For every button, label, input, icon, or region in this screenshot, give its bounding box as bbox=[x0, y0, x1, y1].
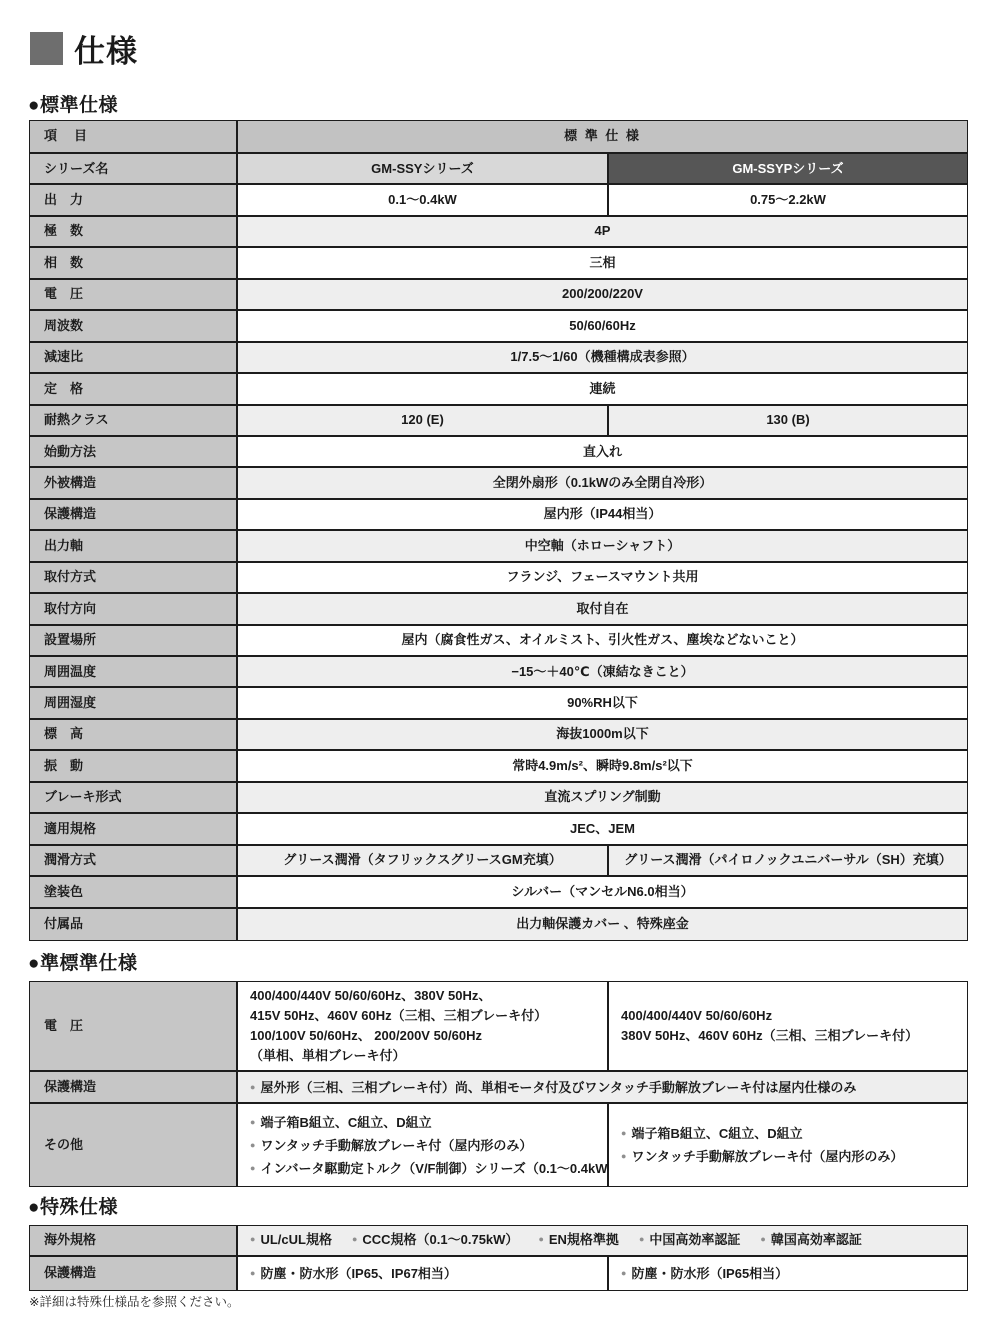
protection-right-cell: ●防塵・防水形（IP65相当） bbox=[609, 1257, 967, 1290]
header-value-label: 標 準 仕 様 bbox=[238, 121, 967, 152]
series-left: GM-SSYシリーズ bbox=[238, 154, 609, 183]
bullet-text: 韓国高効率認証 bbox=[771, 1232, 862, 1247]
bullet-icon: ● bbox=[621, 1145, 626, 1168]
row-label: 周波数 bbox=[30, 311, 238, 340]
row-value: 取付自在 bbox=[238, 594, 967, 623]
row-label: 電 圧 bbox=[30, 982, 238, 1070]
bullet-item: ●防塵・防水形（IP65相当） bbox=[621, 1263, 788, 1284]
row-label: 始動方法 bbox=[30, 437, 238, 466]
table-row: 周囲温度 −15〜＋40℃（凍結なきこと） bbox=[30, 657, 967, 688]
table-row: 始動方法 直入れ bbox=[30, 437, 967, 468]
row-label: 減速比 bbox=[30, 343, 238, 372]
row-label: 潤滑方式 bbox=[30, 846, 238, 875]
table-row: 標 高 海抜1000m以下 bbox=[30, 720, 967, 751]
bullet-icon: ● bbox=[352, 1234, 357, 1245]
row-value: 海抜1000m以下 bbox=[238, 720, 967, 749]
table-row: 極 数 4P bbox=[30, 217, 967, 248]
row-value: シルバー（マンセルN6.0相当） bbox=[238, 877, 967, 906]
row-label: 外被構造 bbox=[30, 468, 238, 497]
row-label: 極 数 bbox=[30, 217, 238, 246]
row-label: 塗装色 bbox=[30, 877, 238, 906]
table-row: 振 動 常時4.9m/s²、瞬時9.8m/s²以下 bbox=[30, 751, 967, 782]
bullet-icon: ● bbox=[621, 1122, 626, 1145]
voltage-line: 100/100V 50/60Hz、 200/200V 50/60Hz bbox=[250, 1026, 482, 1046]
bullet-icon: ● bbox=[621, 1263, 626, 1283]
row-label: 相 数 bbox=[30, 248, 238, 277]
bullet-icon: ● bbox=[250, 1263, 255, 1283]
row-value: 屋内形（IP44相当） bbox=[238, 500, 967, 529]
other-left-cell: ●端子箱B組立、C組立、D組立 ●ワンタッチ手動解放ブレーキ付（屋内形のみ） ●… bbox=[238, 1104, 609, 1186]
bullet-item: ●防塵・防水形（IP65、IP67相当） bbox=[250, 1263, 457, 1284]
page-title: 仕様 bbox=[74, 26, 138, 71]
heading-special-spec: ●特殊仕様 bbox=[28, 1192, 118, 1219]
bullet-item: ●ワンタッチ手動解放ブレーキ付（屋内形のみ） bbox=[621, 1145, 903, 1168]
bullet-text: 屋外形（三相、三相ブレーキ付）尚、単相モータ付及びワンタッチ手動解放ブレーキ付は… bbox=[260, 1080, 856, 1095]
voltage-left-cell: 400/400/440V 50/60/60Hz、380V 50Hz、 415V … bbox=[238, 982, 609, 1070]
bullet-text: 防塵・防水形（IP65相当） bbox=[631, 1266, 788, 1281]
table-row: 相 数 三相 bbox=[30, 248, 967, 279]
bullet-item: ●CCC規格（0.1〜0.75kW） bbox=[352, 1232, 518, 1248]
table-row: 外被構造 全閉外扇形（0.1kWのみ全閉自冷形） bbox=[30, 468, 967, 499]
bullet-item: ●屋外形（三相、三相ブレーキ付）尚、単相モータ付及びワンタッチ手動解放ブレーキ付… bbox=[250, 1077, 856, 1098]
table-row: 定 格 連続 bbox=[30, 374, 967, 405]
row-label: 海外規格 bbox=[30, 1226, 238, 1255]
protection-left-cell: ●防塵・防水形（IP65、IP67相当） bbox=[238, 1257, 609, 1290]
bullet-item: ●端子箱B組立、C組立、D組立 bbox=[250, 1111, 432, 1134]
row-label: 保護構造 bbox=[30, 1257, 238, 1290]
footnote: ※詳細は特殊仕様品を参照ください。 bbox=[29, 1292, 239, 1310]
bullet-text: ワンタッチ手動解放ブレーキ付（屋内形のみ） bbox=[260, 1138, 532, 1153]
row-label: 定 格 bbox=[30, 374, 238, 403]
standard-spec-table: 項 目 標 準 仕 様 シリーズ名 GM-SSYシリーズ GM-SSYPシリーズ… bbox=[29, 120, 968, 941]
table-row: 出 力 0.1〜0.4kW 0.75〜2.2kW bbox=[30, 185, 967, 216]
row-label: 取付方向 bbox=[30, 594, 238, 623]
row-label: 取付方式 bbox=[30, 563, 238, 592]
overseas-items: ●UL/cUL規格 ●CCC規格（0.1〜0.75kW） ●EN規格準拠 ●中国… bbox=[238, 1232, 967, 1248]
bullet-text: インバータ駆動定トルク（V/F制御）シリーズ（0.1〜0.4kW） bbox=[260, 1161, 620, 1176]
table-row: その他 ●端子箱B組立、C組立、D組立 ●ワンタッチ手動解放ブレーキ付（屋内形の… bbox=[30, 1104, 967, 1186]
row-value: 200/200/220V bbox=[238, 280, 967, 309]
bullet-item: ●EN規格準拠 bbox=[538, 1232, 619, 1248]
overseas-cell: ●UL/cUL規格 ●CCC規格（0.1〜0.75kW） ●EN規格準拠 ●中国… bbox=[238, 1226, 967, 1255]
table-row: 減速比 1/7.5〜1/60（機種構成表参照） bbox=[30, 343, 967, 374]
heading-semi-standard-spec: ●準標準仕様 bbox=[28, 948, 137, 975]
table-row: ブレーキ形式 直流スプリング制動 bbox=[30, 783, 967, 814]
table-row: 潤滑方式 グリース潤滑（タフリックスグリースGM充填） グリース潤滑（パイロノッ… bbox=[30, 846, 967, 877]
row-value: 4P bbox=[238, 217, 967, 246]
row-label: 付属品 bbox=[30, 909, 238, 940]
row-label: 出力軸 bbox=[30, 531, 238, 560]
table-row: シリーズ名 GM-SSYシリーズ GM-SSYPシリーズ bbox=[30, 154, 967, 185]
heading-standard-spec: ●標準仕様 bbox=[28, 90, 118, 117]
special-spec-table: 海外規格 ●UL/cUL規格 ●CCC規格（0.1〜0.75kW） ●EN規格準… bbox=[29, 1225, 968, 1291]
row-value: 1/7.5〜1/60（機種構成表参照） bbox=[238, 343, 967, 372]
bullet-text: 防塵・防水形（IP65、IP67相当） bbox=[260, 1266, 457, 1281]
row-value-right: 130 (B) bbox=[609, 406, 967, 435]
table-row: 保護構造 屋内形（IP44相当） bbox=[30, 500, 967, 531]
row-label: 周囲湿度 bbox=[30, 688, 238, 717]
row-label: 振 動 bbox=[30, 751, 238, 780]
row-label: 保護構造 bbox=[30, 500, 238, 529]
table-row: 海外規格 ●UL/cUL規格 ●CCC規格（0.1〜0.75kW） ●EN規格準… bbox=[30, 1226, 967, 1257]
row-value-right: グリース潤滑（パイロノックユニバーサル（SH）充填） bbox=[609, 846, 967, 875]
table-row: 電 圧 400/400/440V 50/60/60Hz、380V 50Hz、 4… bbox=[30, 982, 967, 1072]
bullet-text: EN規格準拠 bbox=[549, 1232, 619, 1247]
bullet-text: 中国高効率認証 bbox=[649, 1232, 740, 1247]
table-row: 取付方向 取付自在 bbox=[30, 594, 967, 625]
row-label: 設置場所 bbox=[30, 626, 238, 655]
protection-cell: ●屋外形（三相、三相ブレーキ付）尚、単相モータ付及びワンタッチ手動解放ブレーキ付… bbox=[238, 1072, 967, 1102]
bullet-icon: ● bbox=[250, 1134, 255, 1157]
voltage-line: 400/400/440V 50/60/60Hz bbox=[621, 1006, 772, 1026]
title-square-icon bbox=[30, 32, 63, 65]
row-value: 屋内（腐食性ガス、オイルミスト、引火性ガス、塵埃などないこと） bbox=[238, 626, 967, 655]
bullet-text: ワンタッチ手動解放ブレーキ付（屋内形のみ） bbox=[631, 1149, 903, 1164]
bullet-item: ●ワンタッチ手動解放ブレーキ付（屋内形のみ） bbox=[250, 1134, 532, 1157]
row-value-left: 0.1〜0.4kW bbox=[238, 185, 609, 214]
bullet-icon: ● bbox=[250, 1111, 255, 1134]
other-right-cell: ●端子箱B組立、C組立、D組立 ●ワンタッチ手動解放ブレーキ付（屋内形のみ） bbox=[609, 1104, 967, 1186]
table-row: 出力軸 中空軸（ホローシャフト） bbox=[30, 531, 967, 562]
bullet-icon: ● bbox=[760, 1234, 765, 1245]
table-header-row: 項 目 標 準 仕 様 bbox=[30, 121, 967, 154]
row-value-left: グリース潤滑（タフリックスグリースGM充填） bbox=[238, 846, 609, 875]
table-row: 電 圧 200/200/220V bbox=[30, 280, 967, 311]
row-label: 周囲温度 bbox=[30, 657, 238, 686]
spec-page: 仕様 ●標準仕様 項 目 標 準 仕 様 シリーズ名 GM-SSYシリーズ GM… bbox=[0, 0, 998, 1333]
row-value: 90%RH以下 bbox=[238, 688, 967, 717]
table-row: 塗装色 シルバー（マンセルN6.0相当） bbox=[30, 877, 967, 908]
row-value: 50/60/60Hz bbox=[238, 311, 967, 340]
row-label: 適用規格 bbox=[30, 814, 238, 843]
row-value: 連続 bbox=[238, 374, 967, 403]
row-value: 三相 bbox=[238, 248, 967, 277]
bullet-item: ●端子箱B組立、C組立、D組立 bbox=[621, 1122, 803, 1145]
row-label: 標 高 bbox=[30, 720, 238, 749]
series-right: GM-SSYPシリーズ bbox=[609, 154, 967, 183]
bullet-icon: ● bbox=[250, 1077, 255, 1097]
bullet-icon: ● bbox=[639, 1234, 644, 1245]
bullet-item: ●UL/cUL規格 bbox=[250, 1232, 332, 1248]
voltage-line: 400/400/440V 50/60/60Hz、380V 50Hz、 bbox=[250, 986, 491, 1006]
bullet-item: ●インバータ駆動定トルク（V/F制御）シリーズ（0.1〜0.4kW） bbox=[250, 1157, 621, 1180]
row-label: ブレーキ形式 bbox=[30, 783, 238, 812]
row-label: 電 圧 bbox=[30, 280, 238, 309]
row-label: その他 bbox=[30, 1104, 238, 1186]
voltage-line: （単相、単相ブレーキ付） bbox=[250, 1046, 405, 1066]
row-value: 常時4.9m/s²、瞬時9.8m/s²以下 bbox=[238, 751, 967, 780]
row-value: −15〜＋40℃（凍結なきこと） bbox=[238, 657, 967, 686]
voltage-right-cell: 400/400/440V 50/60/60Hz 380V 50Hz、460V 6… bbox=[609, 982, 967, 1070]
bullet-text: CCC規格（0.1〜0.75kW） bbox=[362, 1232, 518, 1247]
bullet-icon: ● bbox=[250, 1234, 255, 1245]
voltage-line: 415V 50Hz、460V 60Hz（三相、三相ブレーキ付） bbox=[250, 1006, 547, 1026]
bullet-item: ●韓国高効率認証 bbox=[760, 1232, 861, 1248]
semi-standard-spec-table: 電 圧 400/400/440V 50/60/60Hz、380V 50Hz、 4… bbox=[29, 981, 968, 1187]
table-row: 周囲湿度 90%RH以下 bbox=[30, 688, 967, 719]
row-value-right: 0.75〜2.2kW bbox=[609, 185, 967, 214]
row-label: シリーズ名 bbox=[30, 154, 238, 183]
table-row: 耐熱クラス 120 (E) 130 (B) bbox=[30, 406, 967, 437]
table-row: 保護構造 ●屋外形（三相、三相ブレーキ付）尚、単相モータ付及びワンタッチ手動解放… bbox=[30, 1072, 967, 1104]
table-row: 付属品 出力軸保護カバー 、特殊座金 bbox=[30, 909, 967, 940]
row-label: 出 力 bbox=[30, 185, 238, 214]
bullet-icon: ● bbox=[538, 1234, 543, 1245]
voltage-line: 380V 50Hz、460V 60Hz（三相、三相ブレーキ付） bbox=[621, 1026, 918, 1046]
bullet-text: 端子箱B組立、C組立、D組立 bbox=[631, 1126, 802, 1141]
table-row: 取付方式 フランジ、フェースマウント共用 bbox=[30, 563, 967, 594]
row-label: 耐熱クラス bbox=[30, 406, 238, 435]
row-value: 出力軸保護カバー 、特殊座金 bbox=[238, 909, 967, 940]
table-row: 保護構造 ●防塵・防水形（IP65、IP67相当） ●防塵・防水形（IP65相当… bbox=[30, 1257, 967, 1290]
row-value-left: 120 (E) bbox=[238, 406, 609, 435]
row-value: 直流スプリング制動 bbox=[238, 783, 967, 812]
table-row: 設置場所 屋内（腐食性ガス、オイルミスト、引火性ガス、塵埃などないこと） bbox=[30, 626, 967, 657]
table-row: 周波数 50/60/60Hz bbox=[30, 311, 967, 342]
header-item-label: 項 目 bbox=[30, 121, 238, 152]
row-value: フランジ、フェースマウント共用 bbox=[238, 563, 967, 592]
table-row: 適用規格 JEC、JEM bbox=[30, 814, 967, 845]
page-title-block: 仕様 bbox=[30, 26, 138, 71]
bullet-item: ●中国高効率認証 bbox=[639, 1232, 740, 1248]
row-value: 全閉外扇形（0.1kWのみ全閉自冷形） bbox=[238, 468, 967, 497]
row-value: 中空軸（ホローシャフト） bbox=[238, 531, 967, 560]
bullet-text: 端子箱B組立、C組立、D組立 bbox=[260, 1115, 431, 1130]
bullet-text: UL/cUL規格 bbox=[260, 1232, 332, 1247]
row-label: 保護構造 bbox=[30, 1072, 238, 1102]
row-value: JEC、JEM bbox=[238, 814, 967, 843]
bullet-icon: ● bbox=[250, 1157, 255, 1180]
row-value: 直入れ bbox=[238, 437, 967, 466]
